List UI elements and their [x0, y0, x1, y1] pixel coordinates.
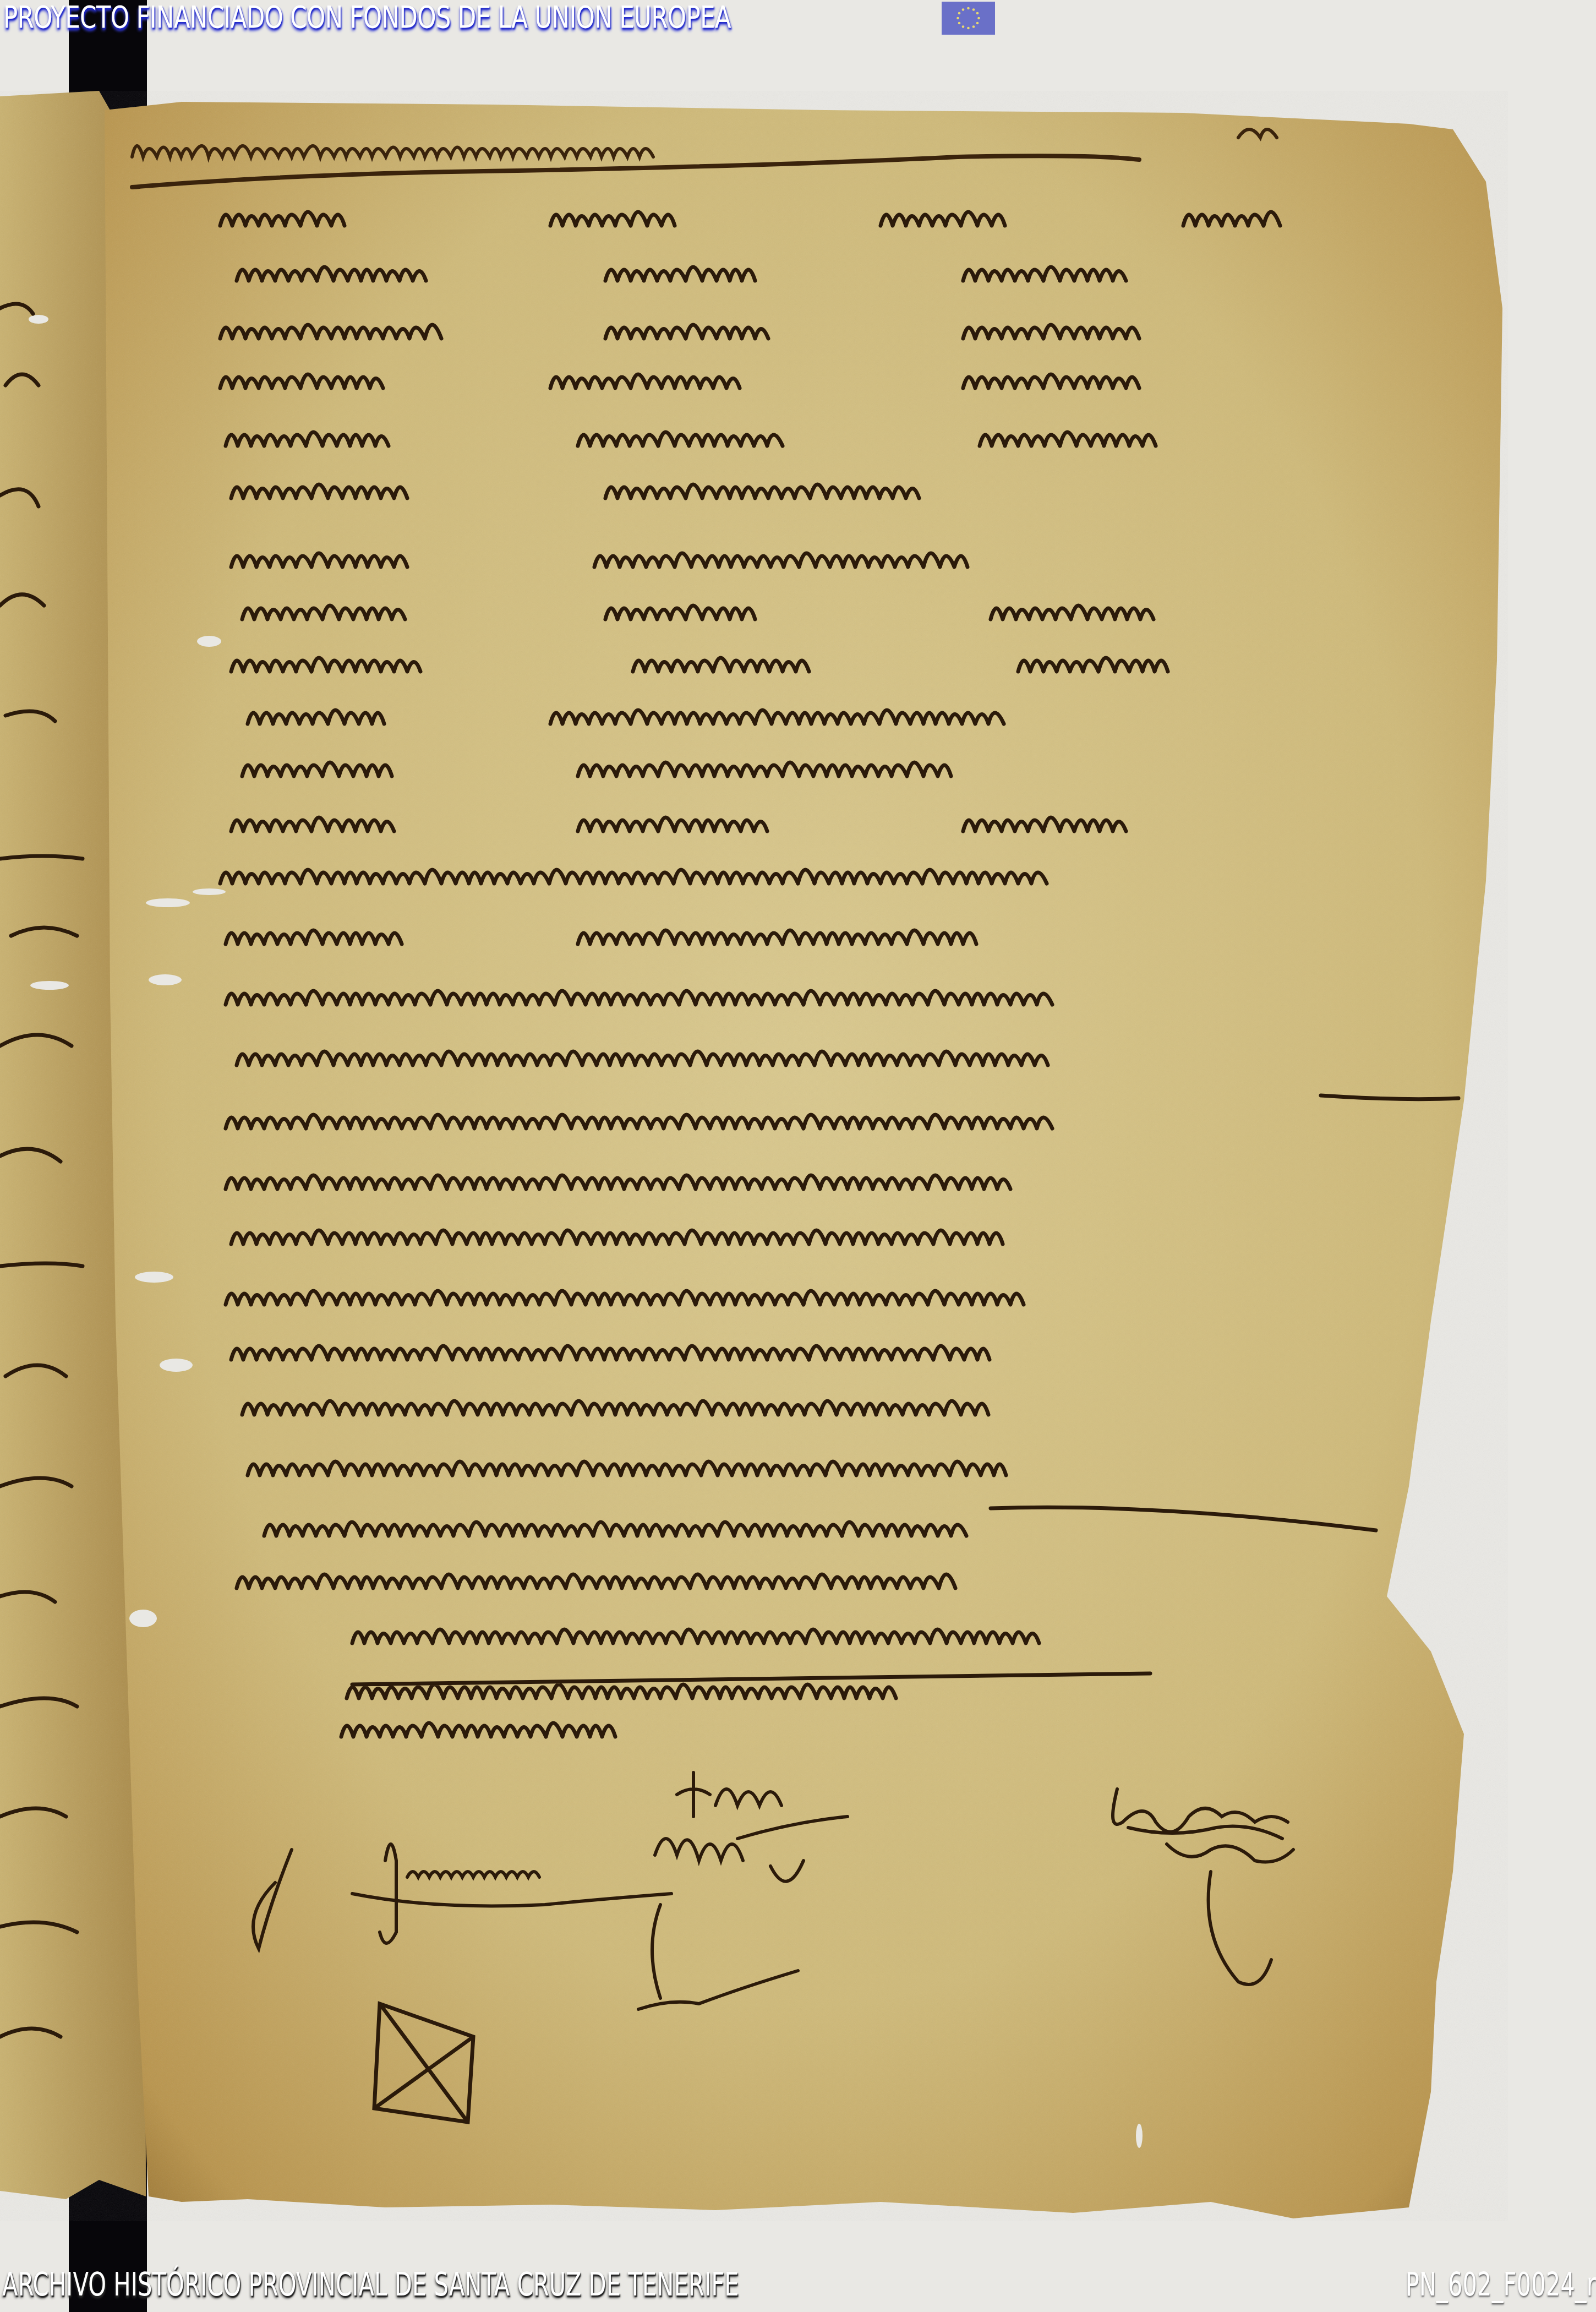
manuscript-body-text [220, 212, 1458, 1737]
signatures [253, 1773, 1293, 2009]
file-identifier: PN_602_F0024_r [1406, 2265, 1596, 2304]
boxed-x-mark [374, 2004, 473, 2122]
heading-handwriting [132, 146, 653, 157]
signature-joan-ximon [253, 1844, 671, 1949]
signature-rubric-center [638, 1773, 848, 2009]
signature-escribano-right [1113, 1789, 1293, 1984]
black-binding-strip [69, 0, 147, 2312]
funding-banner: PROYECTO FINANCIADO CON FONDOS DE LA UNI… [3, 0, 731, 39]
heading-underline [132, 156, 1139, 187]
right-page [105, 102, 1502, 2218]
eu-flag-icon [942, 2, 995, 35]
archive-name: ARCHIVO HISTÓRICO PROVINCIAL DE SANTA CR… [2, 2265, 739, 2304]
manuscript-scan [0, 0, 1596, 2312]
